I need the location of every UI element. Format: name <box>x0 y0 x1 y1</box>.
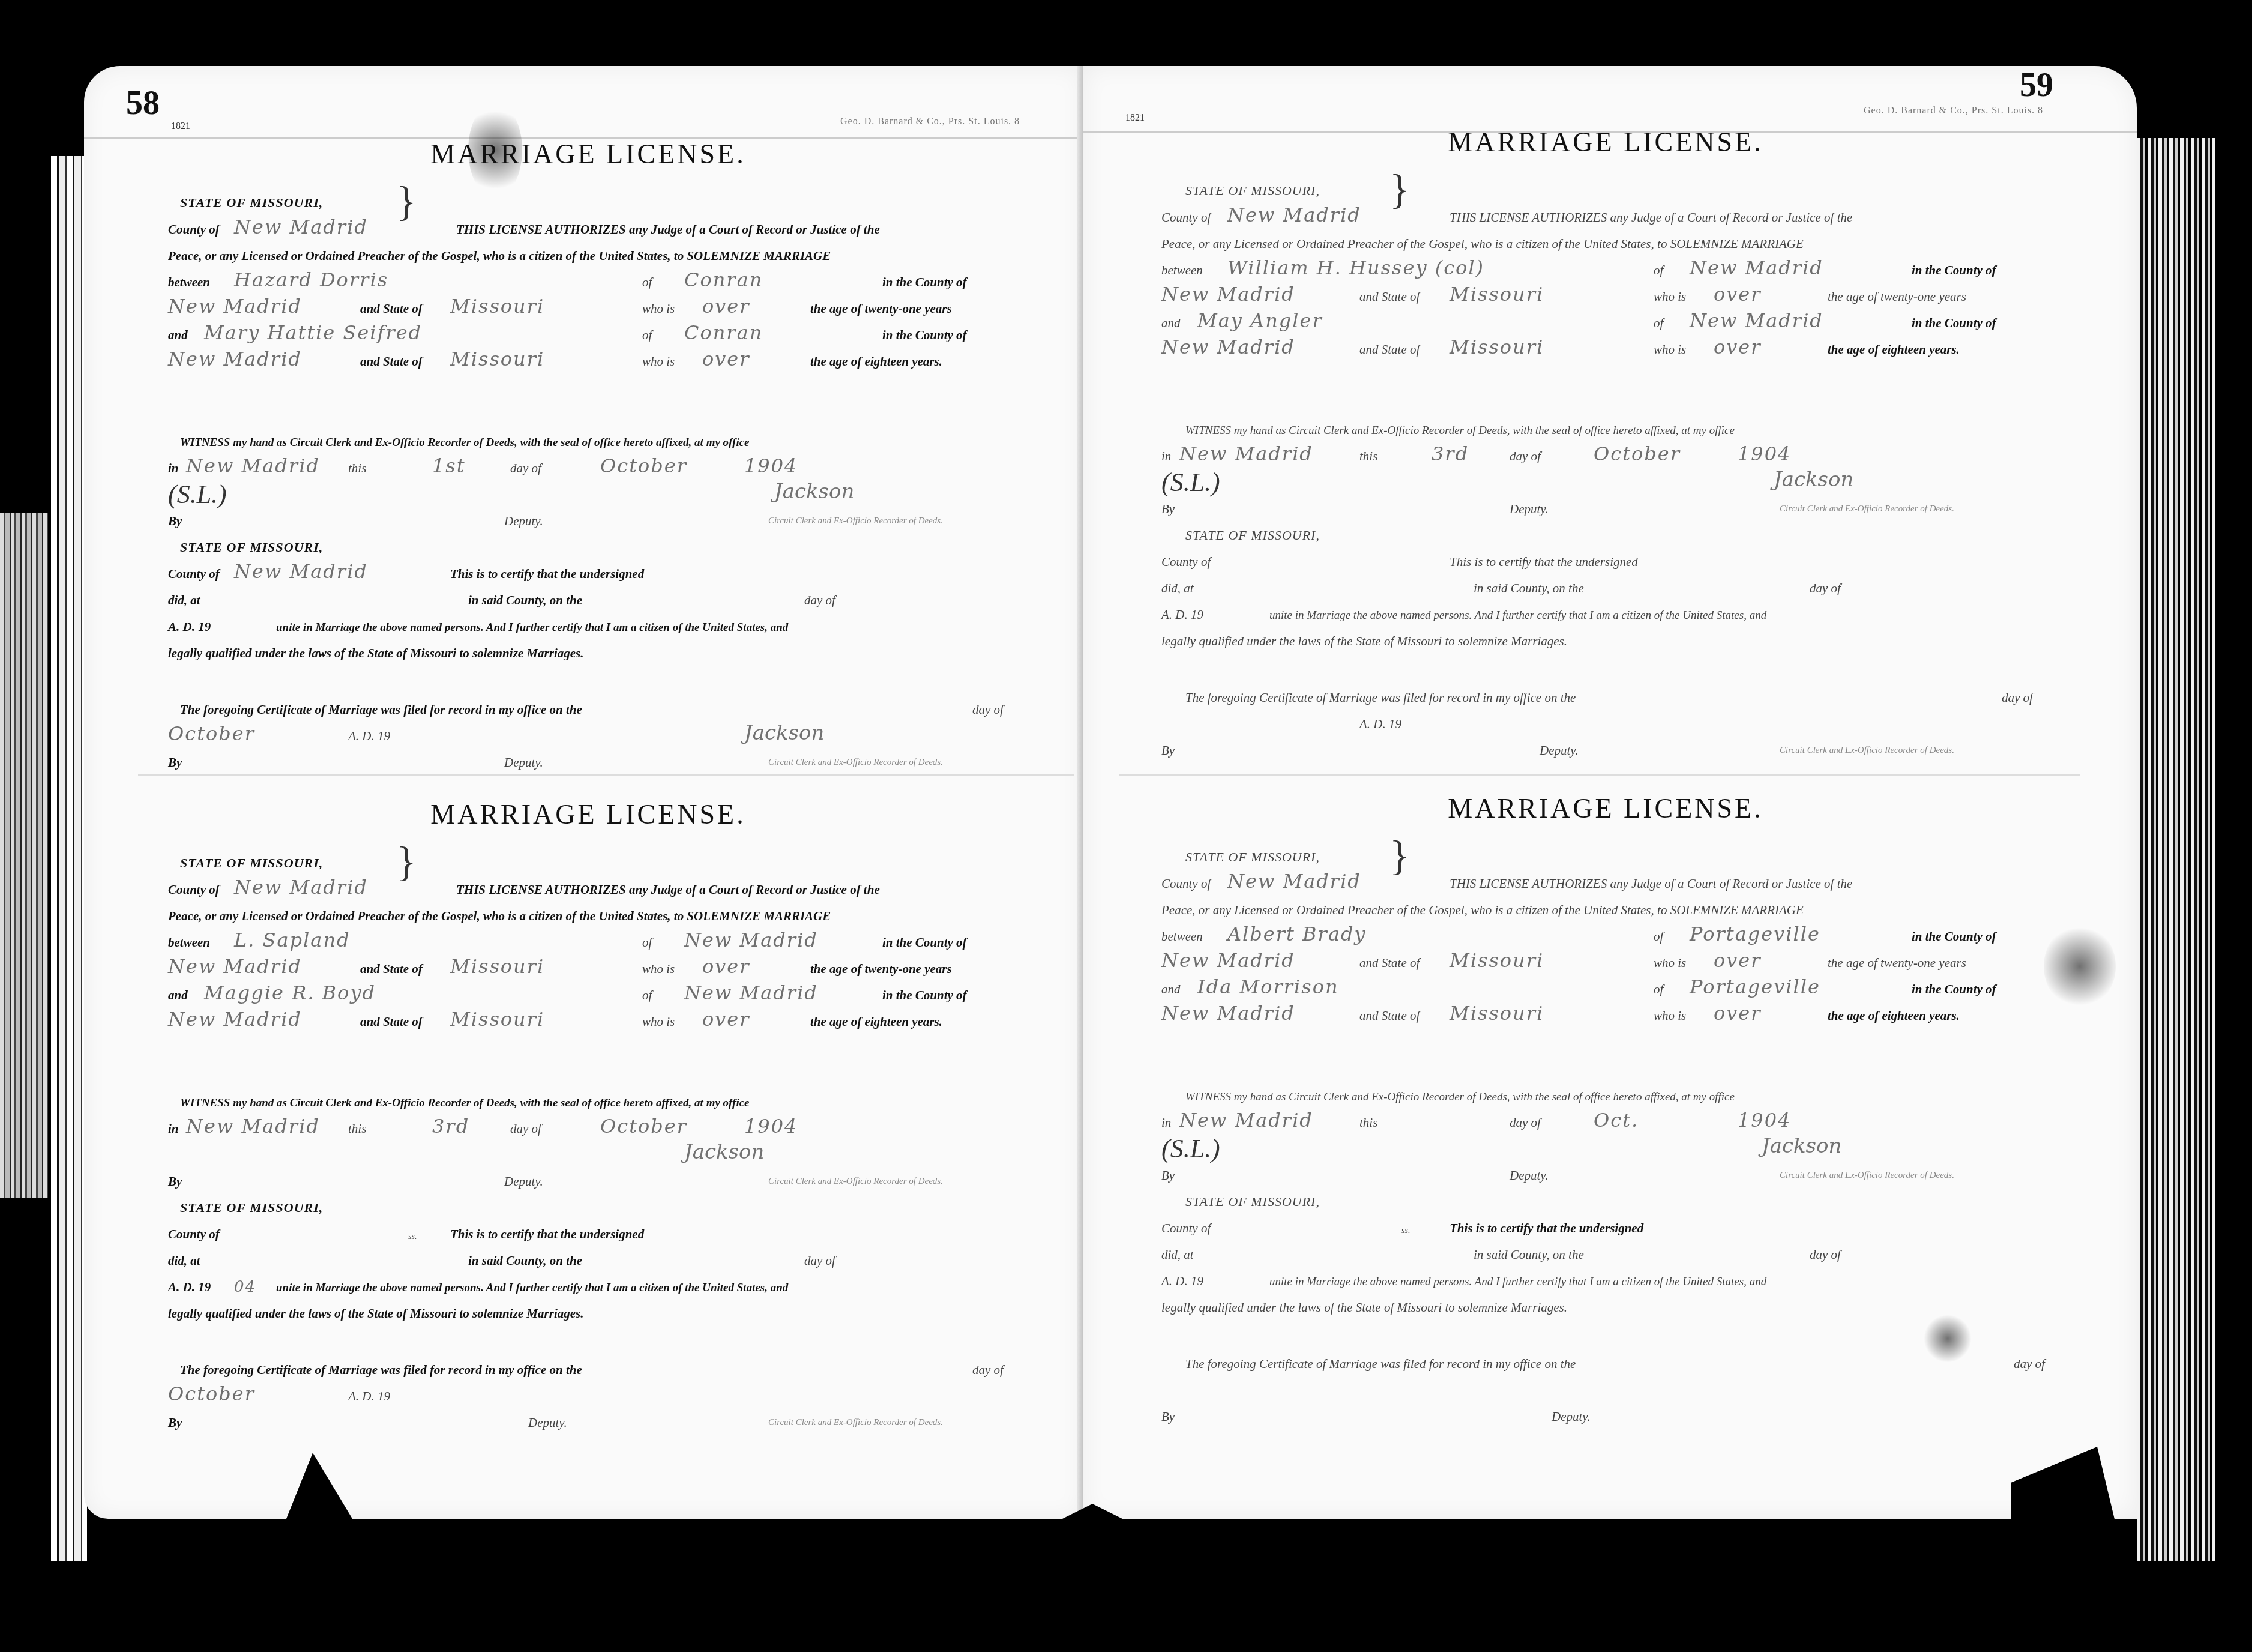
day-of-label: day of <box>804 1253 835 1268</box>
seal-mark: (S.L.) <box>168 479 227 510</box>
day-of-label: day of <box>2014 1357 2045 1372</box>
groom-age: over <box>702 295 750 318</box>
clerk-caption: Circuit Clerk and Ex-Officio Recorder of… <box>1780 1171 1954 1181</box>
ad-label: A. D. 19 <box>348 729 390 744</box>
foregoing-text: The foregoing Certificate of Marriage wa… <box>180 1363 582 1378</box>
groom-state: Missouri <box>450 295 544 318</box>
this-label: this <box>348 461 366 476</box>
witness-year: 1904 <box>1738 442 1791 465</box>
groom-of: New Madrid <box>684 929 818 951</box>
witness-month: October <box>1594 442 1681 465</box>
witness-day: 1st <box>432 454 466 477</box>
by-label: By <box>1161 1168 1175 1183</box>
state-header: STATE OF MISSOURI, <box>180 1200 323 1216</box>
county-value: New Madrid <box>234 216 368 238</box>
who-is-label: who is <box>642 1014 675 1029</box>
witness-place: New Madrid <box>1179 442 1313 465</box>
this-label: this <box>1359 449 1377 464</box>
in-said-county-label: in said County, on the <box>468 593 582 608</box>
by-label: By <box>168 1415 182 1430</box>
ledger-book: 58 1821 Geo. D. Barnard & Co., Prs. St. … <box>84 66 2137 1519</box>
ss-label: ss. <box>1401 1226 1410 1236</box>
and-label: and <box>168 328 188 343</box>
bride-county: New Madrid <box>1161 336 1295 358</box>
day-of-label: day of <box>2002 690 2033 705</box>
printer-imprint-right: Geo. D. Barnard & Co., Prs. St. Louis. 8 <box>1864 106 2043 116</box>
county-value: New Madrid <box>234 876 368 899</box>
clerk-caption: Circuit Clerk and Ex-Officio Recorder of… <box>768 1177 943 1187</box>
groom-of: Conran <box>684 268 763 291</box>
state-header: STATE OF MISSOURI, <box>180 195 323 211</box>
ad-label: A. D. 19 <box>1161 1274 1203 1289</box>
deputy-label: Deputy. <box>504 755 543 770</box>
groom-age: over <box>1714 949 1762 972</box>
witness-text: WITNESS my hand as Circuit Clerk and Ex-… <box>180 1097 750 1110</box>
printer-imprint-left: Geo. D. Barnard & Co., Prs. St. Louis. 8 <box>840 116 1020 127</box>
bride-county: New Madrid <box>168 1008 302 1031</box>
bride-age: over <box>702 1008 750 1031</box>
peace-text: Peace, or any Licensed or Ordained Preac… <box>1161 903 1804 918</box>
cert-year: 04 <box>234 1278 256 1296</box>
right-page-edges <box>2137 138 2215 1561</box>
authorizes-text: THIS LICENSE AUTHORIZES any Judge of a C… <box>1450 210 1852 225</box>
certify-text: This is to certify that the undersigned <box>450 1227 644 1242</box>
and-label: and <box>1161 316 1181 331</box>
foregoing-text: The foregoing Certificate of Marriage wa… <box>1185 690 1576 705</box>
bride-age: over <box>1714 336 1762 358</box>
state-header: STATE OF MISSOURI, <box>180 855 323 871</box>
of-label: of <box>1654 263 1663 278</box>
who-is-label: who is <box>642 301 675 316</box>
and-state-label: and State of <box>1359 289 1420 304</box>
groom-age: over <box>1714 283 1762 306</box>
license-title: MARRIAGE LICENSE. <box>144 798 1032 830</box>
groom-name: Hazard Dorris <box>234 268 388 291</box>
page-number-left: 58 <box>126 84 160 122</box>
unite-text: unite in Marriage the above named person… <box>1269 1276 1766 1289</box>
clerk-caption: Circuit Clerk and Ex-Officio Recorder of… <box>768 758 943 768</box>
of-label: of <box>1654 316 1663 331</box>
brace-icon: } <box>396 839 417 887</box>
brace-icon: } <box>1389 166 1410 214</box>
bride-state: Missouri <box>450 348 544 370</box>
witness-month: October <box>600 454 687 477</box>
between-label: between <box>168 275 210 290</box>
bride-state: Missouri <box>1450 336 1544 358</box>
who-is-label: who is <box>1654 1008 1686 1023</box>
did-at-label: did, at <box>1161 1247 1194 1262</box>
foregoing-text: The foregoing Certificate of Marriage wa… <box>180 702 582 717</box>
day-of-label: day of <box>972 702 1004 717</box>
of-label: of <box>642 275 652 290</box>
seal-mark: (S.L.) <box>1161 467 1220 498</box>
witness-text: WITNESS my hand as Circuit Clerk and Ex-… <box>1185 424 1735 438</box>
ad-label: A. D. 19 <box>168 1280 211 1295</box>
age-21-label: the age of twenty-one years <box>810 301 952 316</box>
ad-label: A. D. 19 <box>168 619 211 635</box>
clerk-signature: Jackson <box>1774 468 1853 492</box>
bride-of: Portageville <box>1690 975 1820 998</box>
did-at-label: did, at <box>168 1253 200 1268</box>
county-of-label: County of <box>1161 555 1211 570</box>
bride-state: Missouri <box>1450 1002 1544 1025</box>
bride-name: May Angler <box>1197 309 1323 332</box>
age-21-label: the age of twenty-one years <box>1828 956 1966 971</box>
bride-state: Missouri <box>450 1008 544 1031</box>
county-of-label: County of <box>1161 876 1211 891</box>
of-label: of <box>1654 929 1663 944</box>
deputy-label: Deputy. <box>1552 1409 1591 1424</box>
license-top-left: MARRIAGE LICENSE. STATE OF MISSOURI, Cou… <box>144 138 1032 774</box>
ad-label: A. D. 19 <box>1161 607 1203 623</box>
brace-icon: } <box>396 178 417 226</box>
this-label: this <box>1359 1115 1377 1130</box>
county-of-label: County of <box>168 222 220 237</box>
in-county-label: in the County of <box>1912 982 1996 997</box>
and-state-label: and State of <box>1359 956 1420 971</box>
form-number-right: 1821 <box>1125 113 1145 124</box>
peace-text: Peace, or any Licensed or Ordained Preac… <box>168 249 831 264</box>
brace-icon: } <box>1389 833 1410 881</box>
ad-label: A. D. 19 <box>348 1389 390 1404</box>
section-divider <box>1119 774 2080 776</box>
who-is-label: who is <box>1654 342 1686 357</box>
section-divider <box>138 774 1074 776</box>
bride-county: New Madrid <box>168 348 302 370</box>
clerk-caption: Circuit Clerk and Ex-Officio Recorder of… <box>1780 504 1954 514</box>
filed-month: October <box>168 722 255 745</box>
clerk-signature: Jackson <box>1762 1134 1841 1158</box>
and-state-label: and State of <box>360 301 423 316</box>
witness-text: WITNESS my hand as Circuit Clerk and Ex-… <box>1185 1091 1735 1104</box>
state-header: STATE OF MISSOURI, <box>180 540 323 555</box>
by-label: By <box>168 514 182 529</box>
county-value: New Madrid <box>1227 203 1361 226</box>
day-of-label: day of <box>510 1121 541 1136</box>
bride-name: Mary Hattie Seifred <box>204 321 422 344</box>
and-state-label: and State of <box>360 354 423 369</box>
foregoing-text: The foregoing Certificate of Marriage wa… <box>1185 1357 1576 1372</box>
and-label: and <box>168 988 188 1003</box>
in-county-label: in the County of <box>1912 929 1996 944</box>
county-of-label: County of <box>168 1227 220 1242</box>
peace-text: Peace, or any Licensed or Ordained Preac… <box>1161 237 1804 252</box>
bride-of: New Madrid <box>684 981 818 1004</box>
left-page: 58 1821 Geo. D. Barnard & Co., Prs. St. … <box>84 66 1083 1519</box>
filed-month: October <box>168 1382 255 1405</box>
who-is-label: who is <box>642 354 675 369</box>
in-label: in <box>1161 449 1171 464</box>
state-header: STATE OF MISSOURI, <box>1185 183 1320 199</box>
day-of-label: day of <box>804 593 835 608</box>
did-at-label: did, at <box>1161 581 1194 596</box>
left-page-edges <box>51 156 87 1561</box>
witness-year: 1904 <box>1738 1109 1791 1132</box>
ad-label: A. D. 19 <box>1359 717 1401 732</box>
in-county-label: in the County of <box>1912 263 1996 278</box>
bride-county: New Madrid <box>1161 1002 1295 1025</box>
county-value: New Madrid <box>1227 870 1361 893</box>
witness-place: New Madrid <box>1179 1109 1313 1132</box>
this-label: this <box>348 1121 366 1136</box>
day-of-label: day of <box>972 1363 1004 1378</box>
unite-text: unite in Marriage the above named person… <box>276 621 788 635</box>
day-of-label: day of <box>1510 1115 1541 1130</box>
page-number-right: 59 <box>2020 66 2053 104</box>
legally-text: legally qualified under the laws of the … <box>168 1306 583 1321</box>
bride-age: over <box>1714 1002 1762 1025</box>
license-top-right: MARRIAGE LICENSE. STATE OF MISSOURI, Cou… <box>1161 126 2050 762</box>
age-18-label: the age of eighteen years. <box>810 354 942 369</box>
groom-county: New Madrid <box>1161 283 1295 306</box>
groom-county: New Madrid <box>1161 949 1295 972</box>
who-is-label: who is <box>1654 289 1686 304</box>
deputy-label: Deputy. <box>528 1415 567 1430</box>
in-county-label: in the County of <box>882 935 967 950</box>
and-state-label: and State of <box>1359 1008 1420 1023</box>
by-label: By <box>1161 1409 1175 1424</box>
bride-age: over <box>702 348 750 370</box>
deputy-label: Deputy. <box>504 1174 543 1189</box>
deputy-label: Deputy. <box>504 514 543 529</box>
of-label: of <box>642 328 652 343</box>
county-of-label: County of <box>1161 1221 1211 1236</box>
by-label: By <box>168 755 182 770</box>
age-21-label: the age of twenty-one years <box>1828 289 1966 304</box>
clerk-caption: Circuit Clerk and Ex-Officio Recorder of… <box>1780 746 1954 756</box>
authorizes-text: THIS LICENSE AUTHORIZES any Judge of a C… <box>456 222 880 237</box>
clerk-signature: Jackson <box>774 480 854 504</box>
license-title: MARRIAGE LICENSE. <box>144 138 1032 170</box>
peace-text: Peace, or any Licensed or Ordained Preac… <box>168 909 831 924</box>
by-label: By <box>1161 743 1175 758</box>
ink-smudge <box>2044 924 2116 1008</box>
county-of-label: County of <box>168 567 220 582</box>
license-title: MARRIAGE LICENSE. <box>1161 126 2050 158</box>
clerk-signature: Jackson <box>684 1140 764 1164</box>
right-page: 59 1821 Geo. D. Barnard & Co., Prs. St. … <box>1083 66 2137 1519</box>
age-21-label: the age of twenty-one years <box>810 962 952 977</box>
who-is-label: who is <box>1654 956 1686 971</box>
binding-strip <box>0 513 48 1198</box>
witness-text: WITNESS my hand as Circuit Clerk and Ex-… <box>180 436 750 450</box>
between-label: between <box>1161 263 1203 278</box>
filing-signature: Jackson <box>744 721 824 745</box>
witness-year: 1904 <box>744 1115 798 1138</box>
unite-text: unite in Marriage the above named person… <box>276 1282 788 1295</box>
in-county-label: in the County of <box>882 328 967 343</box>
license-title: MARRIAGE LICENSE. <box>1161 792 2050 824</box>
and-label: and <box>1161 982 1181 997</box>
by-label: By <box>168 1174 182 1189</box>
county-of-label: County of <box>168 882 220 897</box>
in-said-county-label: in said County, on the <box>1474 581 1584 596</box>
witness-place: New Madrid <box>186 454 320 477</box>
witness-day: 3rd <box>1432 442 1469 465</box>
in-label: in <box>168 461 179 476</box>
groom-state: Missouri <box>1450 283 1544 306</box>
cert-county: New Madrid <box>234 560 368 583</box>
bride-name: Ida Morrison <box>1197 975 1339 998</box>
bride-of: New Madrid <box>1690 309 1823 332</box>
groom-of: New Madrid <box>1690 256 1823 279</box>
state-header: STATE OF MISSOURI, <box>1185 849 1320 865</box>
and-state-label: and State of <box>1359 342 1420 357</box>
groom-state: Missouri <box>450 955 544 978</box>
day-of-label: day of <box>510 461 541 476</box>
and-state-label: and State of <box>360 962 423 977</box>
age-18-label: the age of eighteen years. <box>810 1014 942 1029</box>
state-header: STATE OF MISSOURI, <box>1185 528 1320 543</box>
license-bottom-left: MARRIAGE LICENSE. STATE OF MISSOURI, Cou… <box>144 798 1032 1434</box>
groom-of: Portageville <box>1690 923 1820 945</box>
groom-county: New Madrid <box>168 295 302 318</box>
day-of-label: day of <box>1810 581 1841 596</box>
state-header: STATE OF MISSOURI, <box>1185 1194 1320 1210</box>
deputy-label: Deputy. <box>1510 1168 1549 1183</box>
legally-text: legally qualified under the laws of the … <box>1161 1300 1567 1315</box>
of-label: of <box>1654 982 1663 997</box>
groom-name: Albert Brady <box>1227 923 1367 945</box>
in-said-county-label: in said County, on the <box>1474 1247 1584 1262</box>
groom-name: William H. Hussey (col) <box>1227 256 1484 279</box>
legally-text: legally qualified under the laws of the … <box>168 646 583 661</box>
legally-text: legally qualified under the laws of the … <box>1161 634 1567 649</box>
license-bottom-right: MARRIAGE LICENSE. STATE OF MISSOURI, Cou… <box>1161 792 2050 1428</box>
unite-text: unite in Marriage the above named person… <box>1269 609 1766 623</box>
witness-year: 1904 <box>744 454 798 477</box>
authorizes-text: THIS LICENSE AUTHORIZES any Judge of a C… <box>1450 876 1852 891</box>
bride-of: Conran <box>684 321 763 344</box>
certify-text: This is to certify that the undersigned <box>1450 555 1638 570</box>
in-said-county-label: in said County, on the <box>468 1253 582 1268</box>
did-at-label: did, at <box>168 593 200 608</box>
bride-name: Maggie R. Boyd <box>204 981 376 1004</box>
ss-label: ss. <box>408 1232 417 1242</box>
witness-month: Oct. <box>1594 1109 1639 1132</box>
witness-place: New Madrid <box>186 1115 320 1138</box>
groom-county: New Madrid <box>168 955 302 978</box>
form-number-left: 1821 <box>171 121 190 132</box>
by-label: By <box>1161 502 1175 517</box>
day-of-label: day of <box>1810 1247 1841 1262</box>
in-county-label: in the County of <box>882 988 967 1003</box>
day-of-label: day of <box>1510 449 1541 464</box>
witness-month: October <box>600 1115 687 1138</box>
groom-name: L. Sapland <box>234 929 350 951</box>
groom-age: over <box>702 955 750 978</box>
of-label: of <box>642 988 652 1003</box>
in-label: in <box>168 1121 179 1136</box>
witness-day: 3rd <box>432 1115 469 1138</box>
authorizes-text: THIS LICENSE AUTHORIZES any Judge of a C… <box>456 882 880 897</box>
between-label: between <box>1161 929 1203 944</box>
deputy-label: Deputy. <box>1540 743 1579 758</box>
of-label: of <box>642 935 652 950</box>
groom-state: Missouri <box>1450 949 1544 972</box>
between-label: between <box>168 935 210 950</box>
in-county-label: in the County of <box>882 275 967 290</box>
county-of-label: County of <box>1161 210 1211 225</box>
in-county-label: in the County of <box>1912 316 1996 331</box>
seal-mark: (S.L.) <box>1161 1133 1220 1164</box>
certify-text: This is to certify that the undersigned <box>1450 1221 1643 1236</box>
clerk-caption: Circuit Clerk and Ex-Officio Recorder of… <box>768 1418 943 1428</box>
clerk-caption: Circuit Clerk and Ex-Officio Recorder of… <box>768 516 943 526</box>
who-is-label: who is <box>642 962 675 977</box>
certify-text: This is to certify that the undersigned <box>450 567 644 582</box>
age-18-label: the age of eighteen years. <box>1828 342 1960 357</box>
and-state-label: and State of <box>360 1014 423 1029</box>
in-label: in <box>1161 1115 1171 1130</box>
deputy-label: Deputy. <box>1510 502 1549 517</box>
age-18-label: the age of eighteen years. <box>1828 1008 1960 1023</box>
